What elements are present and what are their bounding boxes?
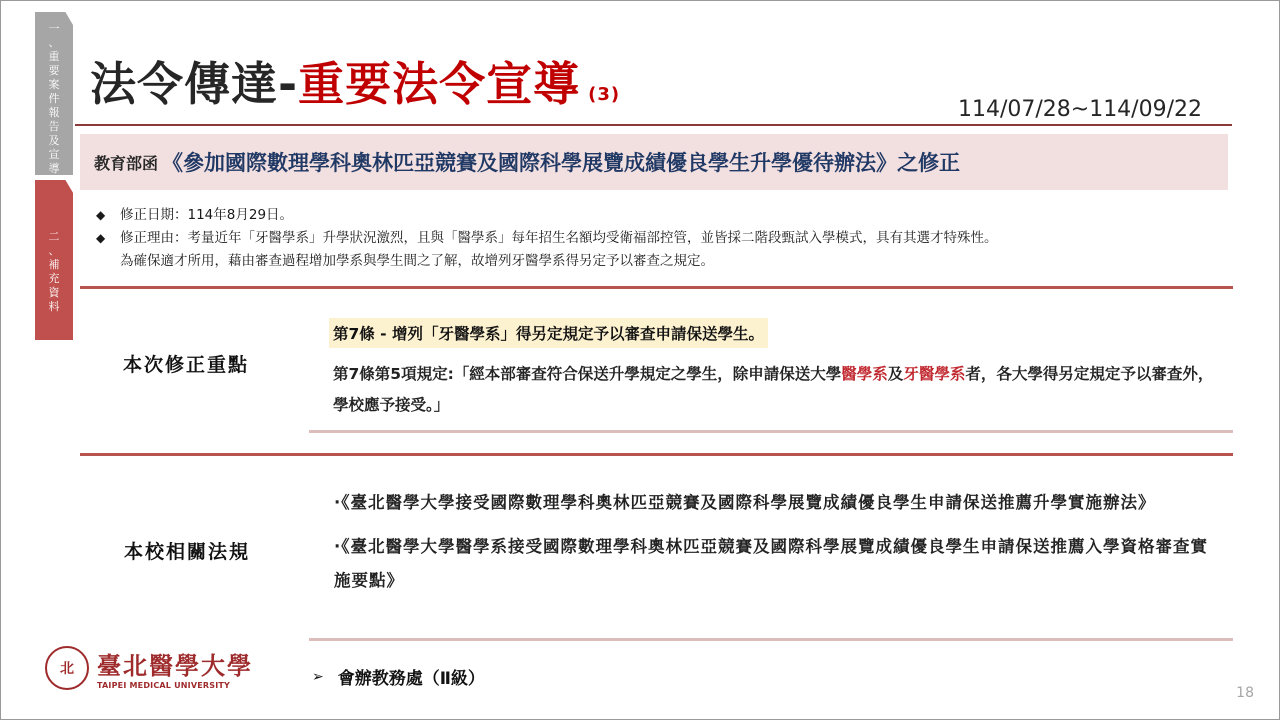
sidebar-tab-char: 重 (49, 50, 60, 64)
amendment-points-label: 本次修正重點 (123, 350, 249, 377)
sidebar-tab-char: 料 (49, 300, 60, 314)
article-fragment: 及 (888, 365, 904, 383)
sidebar-tab-char: 一 (49, 22, 60, 36)
title-main: 法令傳達- (90, 57, 298, 111)
regulation-item: ·《臺北醫學大學醫學系接受國際數理學科奧林匹亞競賽及國際科學展覽成績優良學生申請… (334, 530, 1214, 598)
regulation-item: ·《臺北醫學大學接受國際數理學科奧林匹亞競賽及國際科學展覽成績優良學生申請保送推… (334, 486, 1214, 520)
title-divider (75, 124, 1232, 126)
article-highlight: 第7條 - 增列「牙醫學系」得另定規定予以審查申請保送學生。 (329, 318, 768, 348)
title-highlight: 重要法令宣導 (298, 57, 580, 111)
amendment-reason-continuation: 為確保適才所用，藉由審查過程增加學系與學生間之了解，故增列牙醫學系得另定予以審查… (96, 250, 998, 273)
amendment-reason: 修正理由：考量近年「牙醫學系」升學狀況激烈，且與「醫學系」每年招生名額均受衛福部… (120, 227, 998, 250)
sidebar-tab-char: 宣 (49, 148, 60, 162)
list-item: ◆ 修正理由：考量近年「牙醫學系」升學狀況激烈，且與「醫學系」每年招生名額均受衛… (96, 227, 998, 250)
article-fragment: 第7條第5項規定:「經本部審查符合保送升學規定之學生，除申請保送大學 (333, 365, 841, 383)
sidebar-tab-key-reports[interactable]: 一、重要案件報告及宣導 (35, 12, 73, 175)
sidebar-tab-char: 資 (49, 286, 60, 300)
section-divider-light (309, 638, 1233, 641)
diamond-bullet-icon: ◆ (96, 204, 120, 227)
school-regulations-label: 本校相關法規 (124, 537, 250, 564)
regulation-banner: 教育部函 《參加國際數理學科奧林匹亞競賽及國際科學展覽成績優良學生升學優待辦法》… (80, 134, 1228, 190)
logo-chinese-name: 臺北醫學大學 (97, 646, 253, 681)
school-regulations-list: ·《臺北醫學大學接受國際數理學科奧林匹亞競賽及國際科學展覽成績優良學生申請保送推… (334, 486, 1214, 608)
section-divider-light (309, 430, 1233, 433)
amendment-date: 修正日期：114年8月29日。 (120, 204, 293, 227)
arrow-bullet-icon: ➢ (312, 669, 324, 685)
university-seal-icon: 北 (45, 646, 89, 690)
cosign-note: ➢ 會辦教務處（Ⅱ級） (312, 664, 485, 689)
banner-prefix: 教育部函 (94, 151, 158, 174)
page-number: 18 (1236, 685, 1254, 701)
sidebar-tab-supplementary[interactable]: 二、補充資料 (35, 180, 73, 340)
banner-title: 《參加國際數理學科奧林匹亞競賽及國際科學展覽成績優良學生升學優待辦法》之修正 (162, 147, 960, 177)
sidebar-tab-char: 件 (49, 92, 60, 106)
emphasized-term: 醫學系 (841, 365, 888, 383)
article-text: 第7條第5項規定:「經本部審查符合保送升學規定之學生，除申請保送大學醫學系及牙醫… (333, 359, 1223, 421)
university-logo: 北 臺北醫學大學 TAIPEI MEDICAL UNIVERSITY (45, 646, 253, 690)
sidebar-tab-char: 、 (49, 244, 60, 258)
sidebar-tab-char: 補 (49, 258, 60, 272)
sidebar-tab-char: 充 (49, 272, 60, 286)
sidebar-tab-char: 二 (49, 230, 60, 244)
sidebar-tab-char: 要 (49, 64, 60, 78)
sidebar-tab-char: 案 (49, 78, 60, 92)
title-part-number: (3) (588, 84, 620, 105)
sidebar-tab-char: 告 (49, 120, 60, 134)
sidebar-tab-char: 、 (49, 36, 60, 50)
diamond-bullet-icon: ◆ (96, 227, 120, 250)
sidebar-tab-char: 導 (49, 162, 60, 176)
section-divider (80, 286, 1233, 289)
date-range: 114/07/28~114/09/22 (958, 97, 1202, 122)
cosign-text: 會辦教務處（Ⅱ級） (338, 664, 485, 689)
sidebar-tab-char: 及 (49, 134, 60, 148)
list-item: ◆ 修正日期：114年8月29日。 (96, 204, 998, 227)
page-title: 法令傳達-重要法令宣導(3) (90, 48, 620, 114)
amendment-info-list: ◆ 修正日期：114年8月29日。 ◆ 修正理由：考量近年「牙醫學系」升學狀況激… (96, 204, 998, 273)
logo-english-name: TAIPEI MEDICAL UNIVERSITY (97, 681, 253, 690)
emphasized-term: 牙醫學系 (903, 365, 965, 383)
sidebar-tab-char: 報 (49, 106, 60, 120)
section-divider (80, 453, 1233, 456)
